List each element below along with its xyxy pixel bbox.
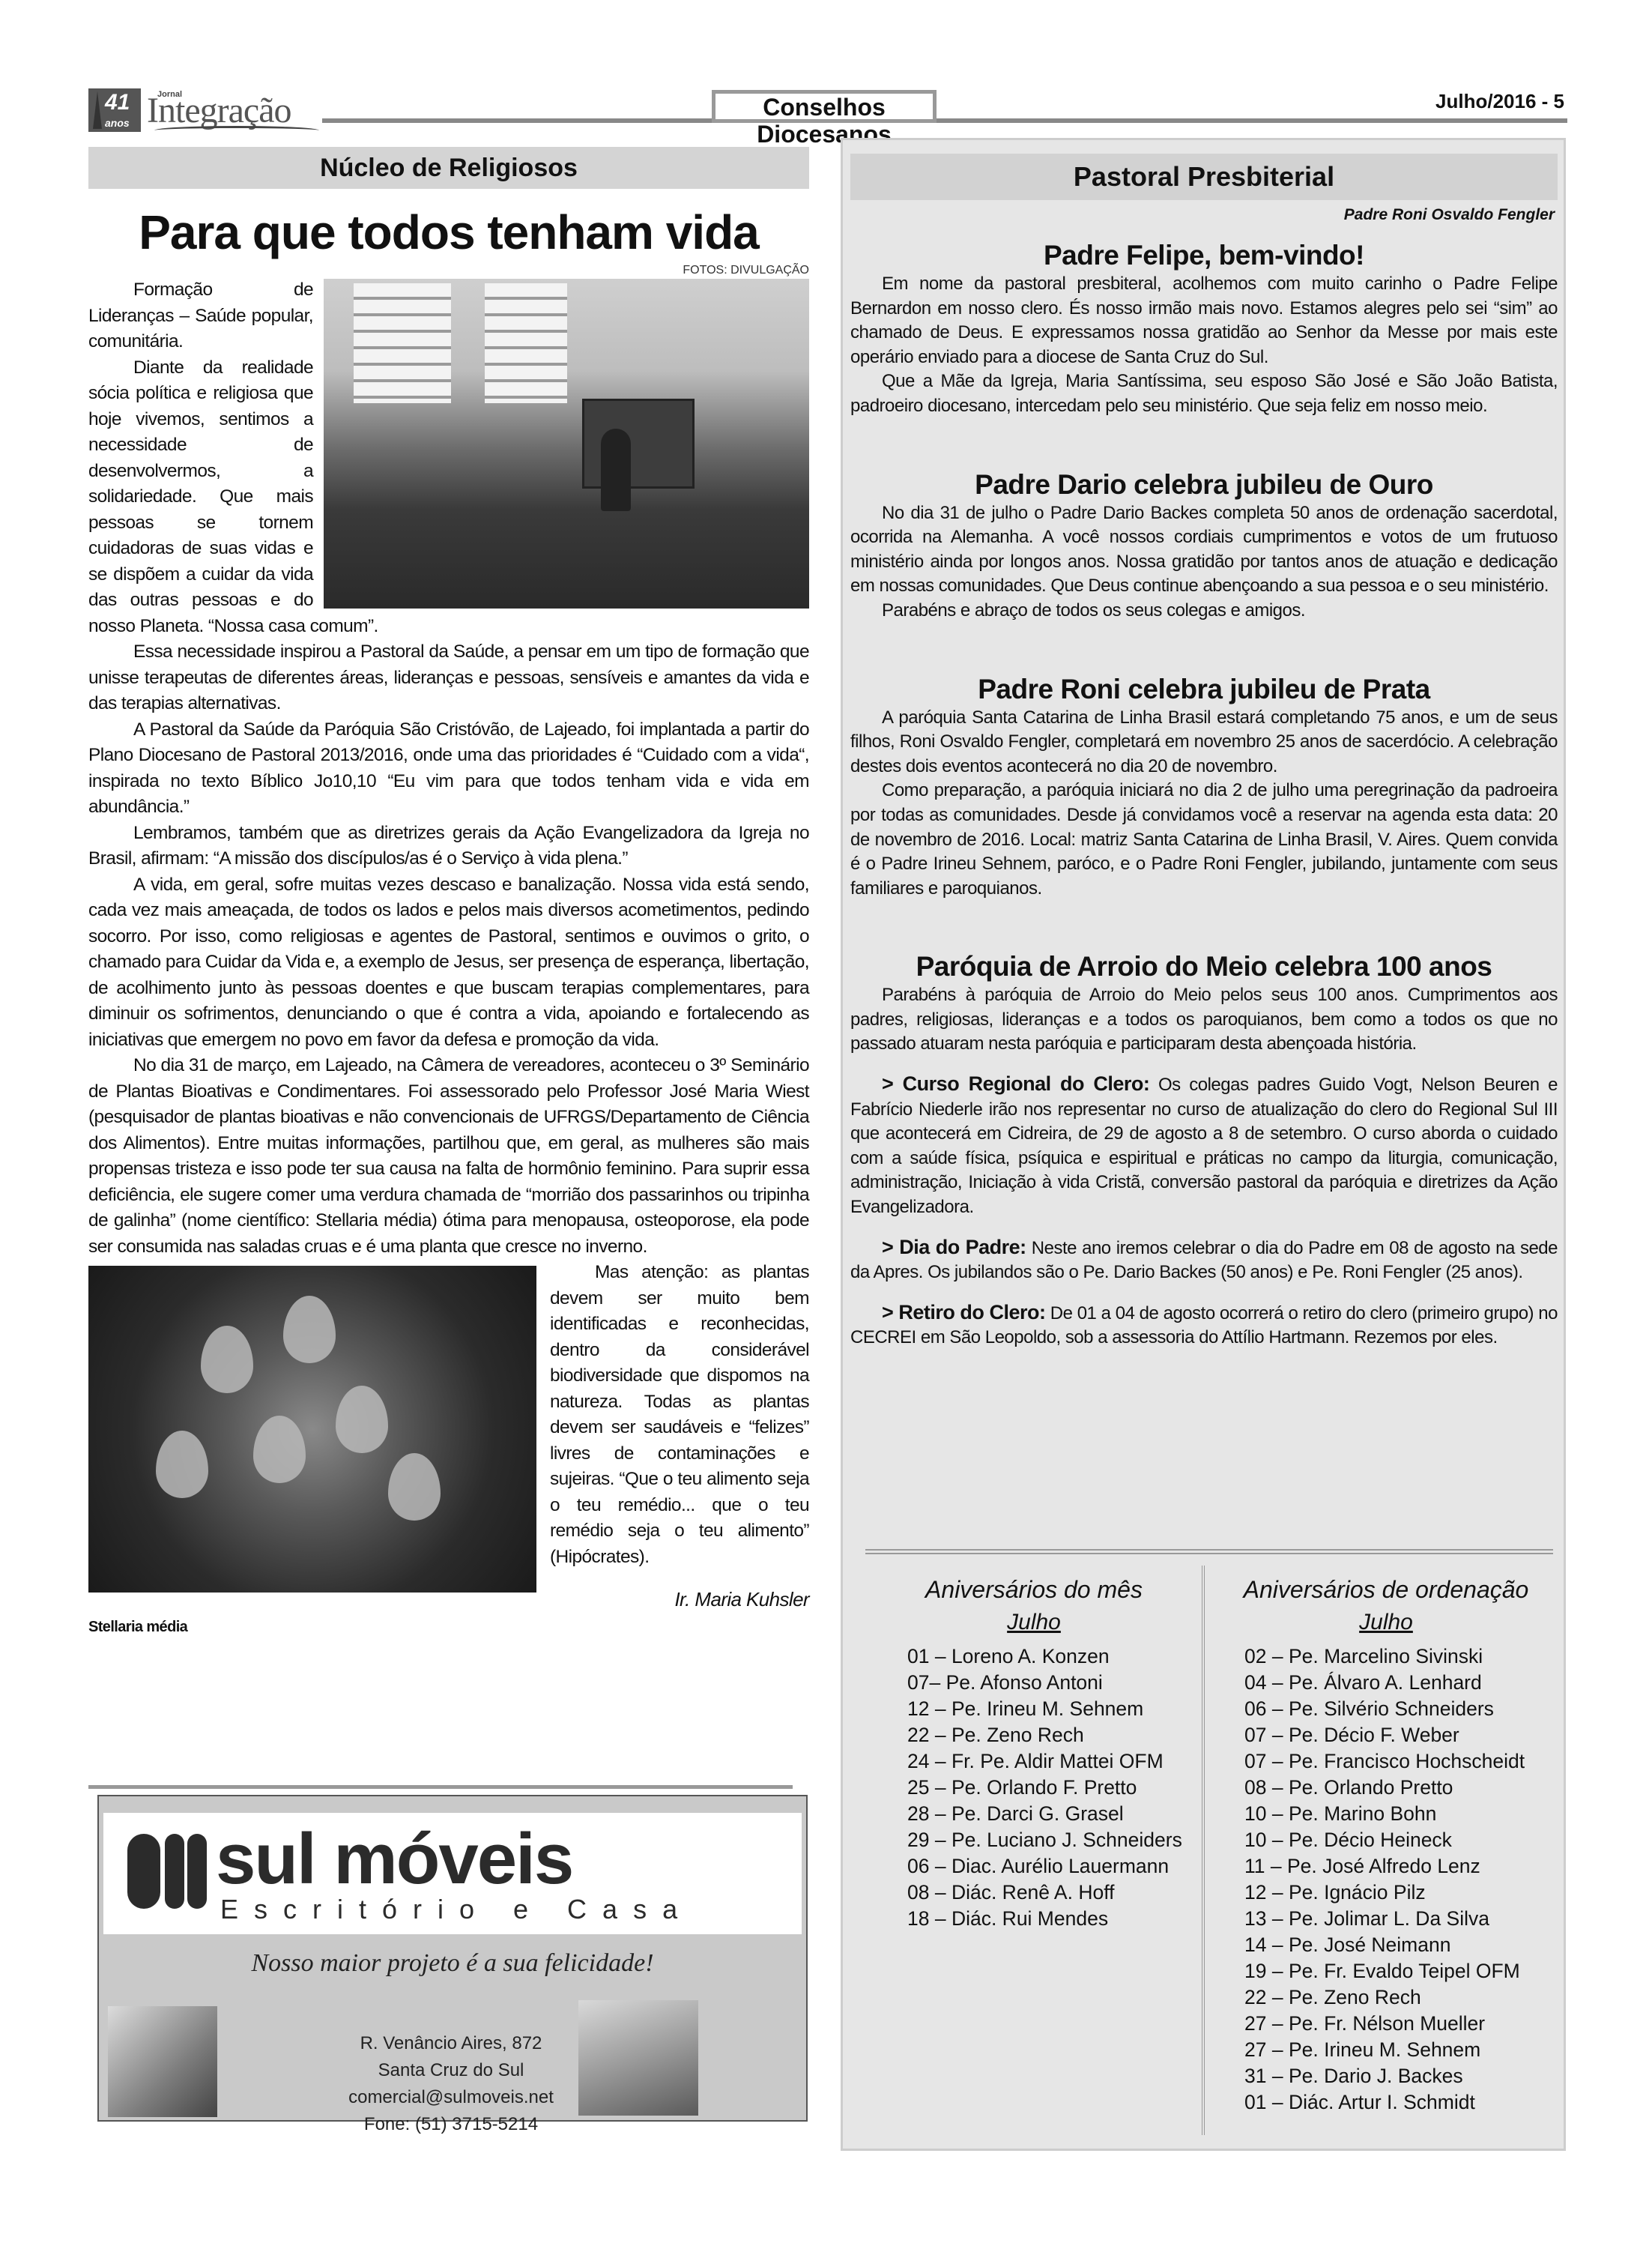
right-column: Pastoral Presbiterial Padre Roni Osvaldo…: [841, 138, 1566, 2151]
list-item: 01 – Loreno A. Konzen: [873, 1643, 1195, 1670]
paragraph: Como preparação, a paróquia iniciará no …: [850, 779, 1558, 901]
badge-years: 41: [105, 90, 130, 115]
list-month: Julho: [873, 1606, 1195, 1639]
note-retiro: > Retiro do Clero: De 01 a 04 de agosto …: [850, 1300, 1558, 1350]
left-column: Núcleo de Religiosos Para que todos tenh…: [88, 147, 809, 1640]
list-item: 10 – Pe. Décio Heineck: [1217, 1827, 1555, 1853]
note-label: > Curso Regional do Clero:: [882, 1072, 1149, 1095]
anniversary-badge: 41 anos: [88, 88, 141, 132]
list-title: Aniversários do mês: [873, 1573, 1195, 1606]
paragraph: A vida, em geral, sofre muitas vezes des…: [88, 872, 809, 1054]
leaf-shape: [156, 1431, 208, 1498]
list-item: 07– Pe. Afonso Antoni: [873, 1670, 1195, 1696]
list-item: 12 – Pe. Irineu M. Sehnem: [873, 1696, 1195, 1722]
photo-caption: Stellaria média: [88, 1613, 809, 1640]
window-shape: [485, 283, 567, 403]
plant-photo: [88, 1266, 536, 1593]
section-band-left: Núcleo de Religiosos: [88, 147, 809, 189]
double-rule-divider: [865, 1549, 1553, 1554]
article-body: Parabéns à paróquia de Arroio do Meio pe…: [850, 983, 1558, 1057]
byline: Padre Roni Osvaldo Fengler: [850, 206, 1558, 224]
ad-divider: [88, 1785, 793, 1789]
list-item: 14 – Pe. José Neimann: [1217, 1932, 1555, 1958]
ordinations-list: Aniversários de ordenação Julho 02 – Pe.…: [1217, 1573, 1555, 2116]
note-curso: > Curso Regional do Clero: Os colegas pa…: [850, 1072, 1558, 1220]
paragraph: Parabéns e abraço de todos os seus coleg…: [850, 599, 1558, 624]
section-title: Conselhos Diocesanos: [712, 90, 937, 123]
list-item: 04 – Pe. Álvaro A. Lenhard: [1217, 1670, 1555, 1696]
ad-tagline: Escritório e Casa: [220, 1894, 693, 1925]
list-item: 18 – Diác. Rui Mendes: [873, 1906, 1195, 1932]
list-item: 01 – Diác. Artur I. Schmidt: [1217, 2089, 1555, 2116]
logo-swoosh: [154, 126, 319, 135]
list-item: 22 – Pe. Zeno Rech: [873, 1722, 1195, 1748]
list-item: 02 – Pe. Marcelino Sivinski: [1217, 1643, 1555, 1670]
ad-logo: sul móveis Escritório e Casa: [103, 1813, 802, 1934]
date-page: Julho/2016 - 5: [1435, 90, 1564, 113]
list-item: 19 – Pe. Fr. Evaldo Teipel OFM: [1217, 1958, 1555, 1984]
ad-city: Santa Cruz do Sul: [324, 2057, 578, 2084]
paragraph: A Pastoral da Saúde da Paróquia São Cris…: [88, 717, 809, 821]
brand-mark-icon: [127, 1834, 210, 1909]
badge-years-label: anos: [105, 117, 130, 129]
paragraph: Lembramos, também que as diretrizes gera…: [88, 821, 809, 872]
article-body: No dia 31 de julho o Padre Dario Backes …: [850, 501, 1558, 624]
cathedral-icon: [93, 91, 102, 129]
paragraph: No dia 31 de julho o Padre Dario Backes …: [850, 501, 1558, 599]
article-title: Padre Felipe, bem-vindo!: [850, 239, 1558, 272]
note-label: > Retiro do Clero:: [882, 1301, 1046, 1323]
ad-address: R. Venâncio Aires, 872: [324, 2030, 578, 2057]
note-label: > Dia do Padre:: [882, 1236, 1026, 1258]
newspaper-logo: 41 anos Integração Jornal: [88, 88, 313, 132]
list-item: 29 – Pe. Luciano J. Schneiders: [873, 1827, 1195, 1853]
note-text: Os colegas padres Guido Vogt, Nelson Beu…: [850, 1075, 1558, 1217]
list-item: 27 – Pe. Fr. Nélson Mueller: [1217, 2011, 1555, 2037]
article-body: A paróquia Santa Catarina de Linha Brasi…: [850, 706, 1558, 902]
list-item: 10 – Pe. Marino Bohn: [1217, 1801, 1555, 1827]
paragraph: No dia 31 de março, em Lajeado, na Câmer…: [88, 1053, 809, 1260]
window-shape: [354, 283, 451, 403]
masthead: 41 anos Integração Jornal Conselhos Dioc…: [88, 84, 1564, 129]
paragraph: Em nome da pastoral presbiteral, acolhem…: [850, 272, 1558, 369]
leaf-shape: [336, 1386, 388, 1453]
logo-small-text: Jornal: [157, 90, 182, 99]
list-item: 22 – Pe. Zeno Rech: [1217, 1984, 1555, 2011]
note-dia-padre: > Dia do Padre: Neste ano iremos celebra…: [850, 1235, 1558, 1285]
ad-slogan: Nosso maior projeto é a sua felicidade!: [99, 1949, 806, 1978]
list-item: 06 – Diac. Aurélio Lauermann: [873, 1853, 1195, 1880]
photo-credit: FOTOS: DIVULGAÇÃO: [88, 264, 809, 277]
ad-brand: sul móveis: [216, 1822, 572, 1897]
list-item: 13 – Pe. Jolimar L. Da Silva: [1217, 1906, 1555, 1932]
advertisement[interactable]: sul móveis Escritório e Casa Nosso maior…: [97, 1795, 808, 2122]
list-item: 28 – Pe. Darci G. Grasel: [873, 1801, 1195, 1827]
leaf-shape: [201, 1326, 253, 1393]
list-title: Aniversários de ordenação: [1217, 1573, 1555, 1606]
list-item: 27 – Pe. Irineu M. Sehnem: [1217, 2037, 1555, 2063]
birthdays-list: Aniversários do mês Julho 01 – Loreno A.…: [873, 1573, 1195, 1932]
article-body: Em nome da pastoral presbiteral, acolhem…: [850, 272, 1558, 419]
office-photo: [578, 2000, 698, 2116]
paragraph: Parabéns à paróquia de Arroio do Meio pe…: [850, 983, 1558, 1057]
header-rule-left: [322, 118, 712, 123]
list-item: 07 – Pe. Décio F. Weber: [1217, 1722, 1555, 1748]
headline: Para que todos tenham vida: [88, 202, 809, 262]
paragraph: A paróquia Santa Catarina de Linha Brasi…: [850, 706, 1558, 779]
article-title: Paróquia de Arroio do Meio celebra 100 a…: [850, 950, 1558, 983]
list-item: 25 – Pe. Orlando F. Pretto: [873, 1775, 1195, 1801]
section-band-right: Pastoral Presbiterial: [850, 154, 1558, 200]
leaf-shape: [388, 1453, 441, 1521]
meeting-photo: [324, 279, 809, 609]
list-item: 07 – Pe. Francisco Hochscheidt: [1217, 1748, 1555, 1775]
list-item: 31 – Pe. Dario J. Backes: [1217, 2063, 1555, 2089]
list-item: 24 – Fr. Pe. Aldir Mattei OFM: [873, 1748, 1195, 1775]
blackboard-shape: [582, 399, 695, 489]
leaf-shape: [253, 1416, 306, 1483]
list-item: 12 – Pe. Ignácio Pilz: [1217, 1880, 1555, 1906]
list-item: 11 – Pe. José Alfredo Lenz: [1217, 1853, 1555, 1880]
list-item: 08 – Diác. Renê A. Hoff: [873, 1880, 1195, 1906]
article-body: Formação de Lideranças – Saúde popular, …: [88, 277, 809, 1640]
list-item: 06 – Pe. Silvério Schneiders: [1217, 1696, 1555, 1722]
paragraph: Que a Mãe da Igreja, Maria Santíssima, s…: [850, 369, 1558, 418]
leaf-shape: [283, 1296, 336, 1363]
column-divider: [1202, 1566, 1205, 2135]
ad-email[interactable]: comercial@sulmoveis.net: [324, 2084, 578, 2111]
list-item: 08 – Pe. Orlando Pretto: [1217, 1775, 1555, 1801]
ad-contact: R. Venâncio Aires, 872 Santa Cruz do Sul…: [324, 2030, 578, 2138]
header-rule-right: [937, 118, 1567, 123]
ad-phone: Fone: (51) 3715-5214: [324, 2111, 578, 2138]
speaker-shape: [601, 429, 631, 511]
kitchen-photo: [108, 2006, 217, 2117]
list-month: Julho: [1217, 1606, 1555, 1639]
article-title: Padre Dario celebra jubileu de Ouro: [850, 468, 1558, 501]
paragraph: Essa necessidade inspirou a Pastoral da …: [88, 639, 809, 717]
article-title: Padre Roni celebra jubileu de Prata: [850, 673, 1558, 706]
